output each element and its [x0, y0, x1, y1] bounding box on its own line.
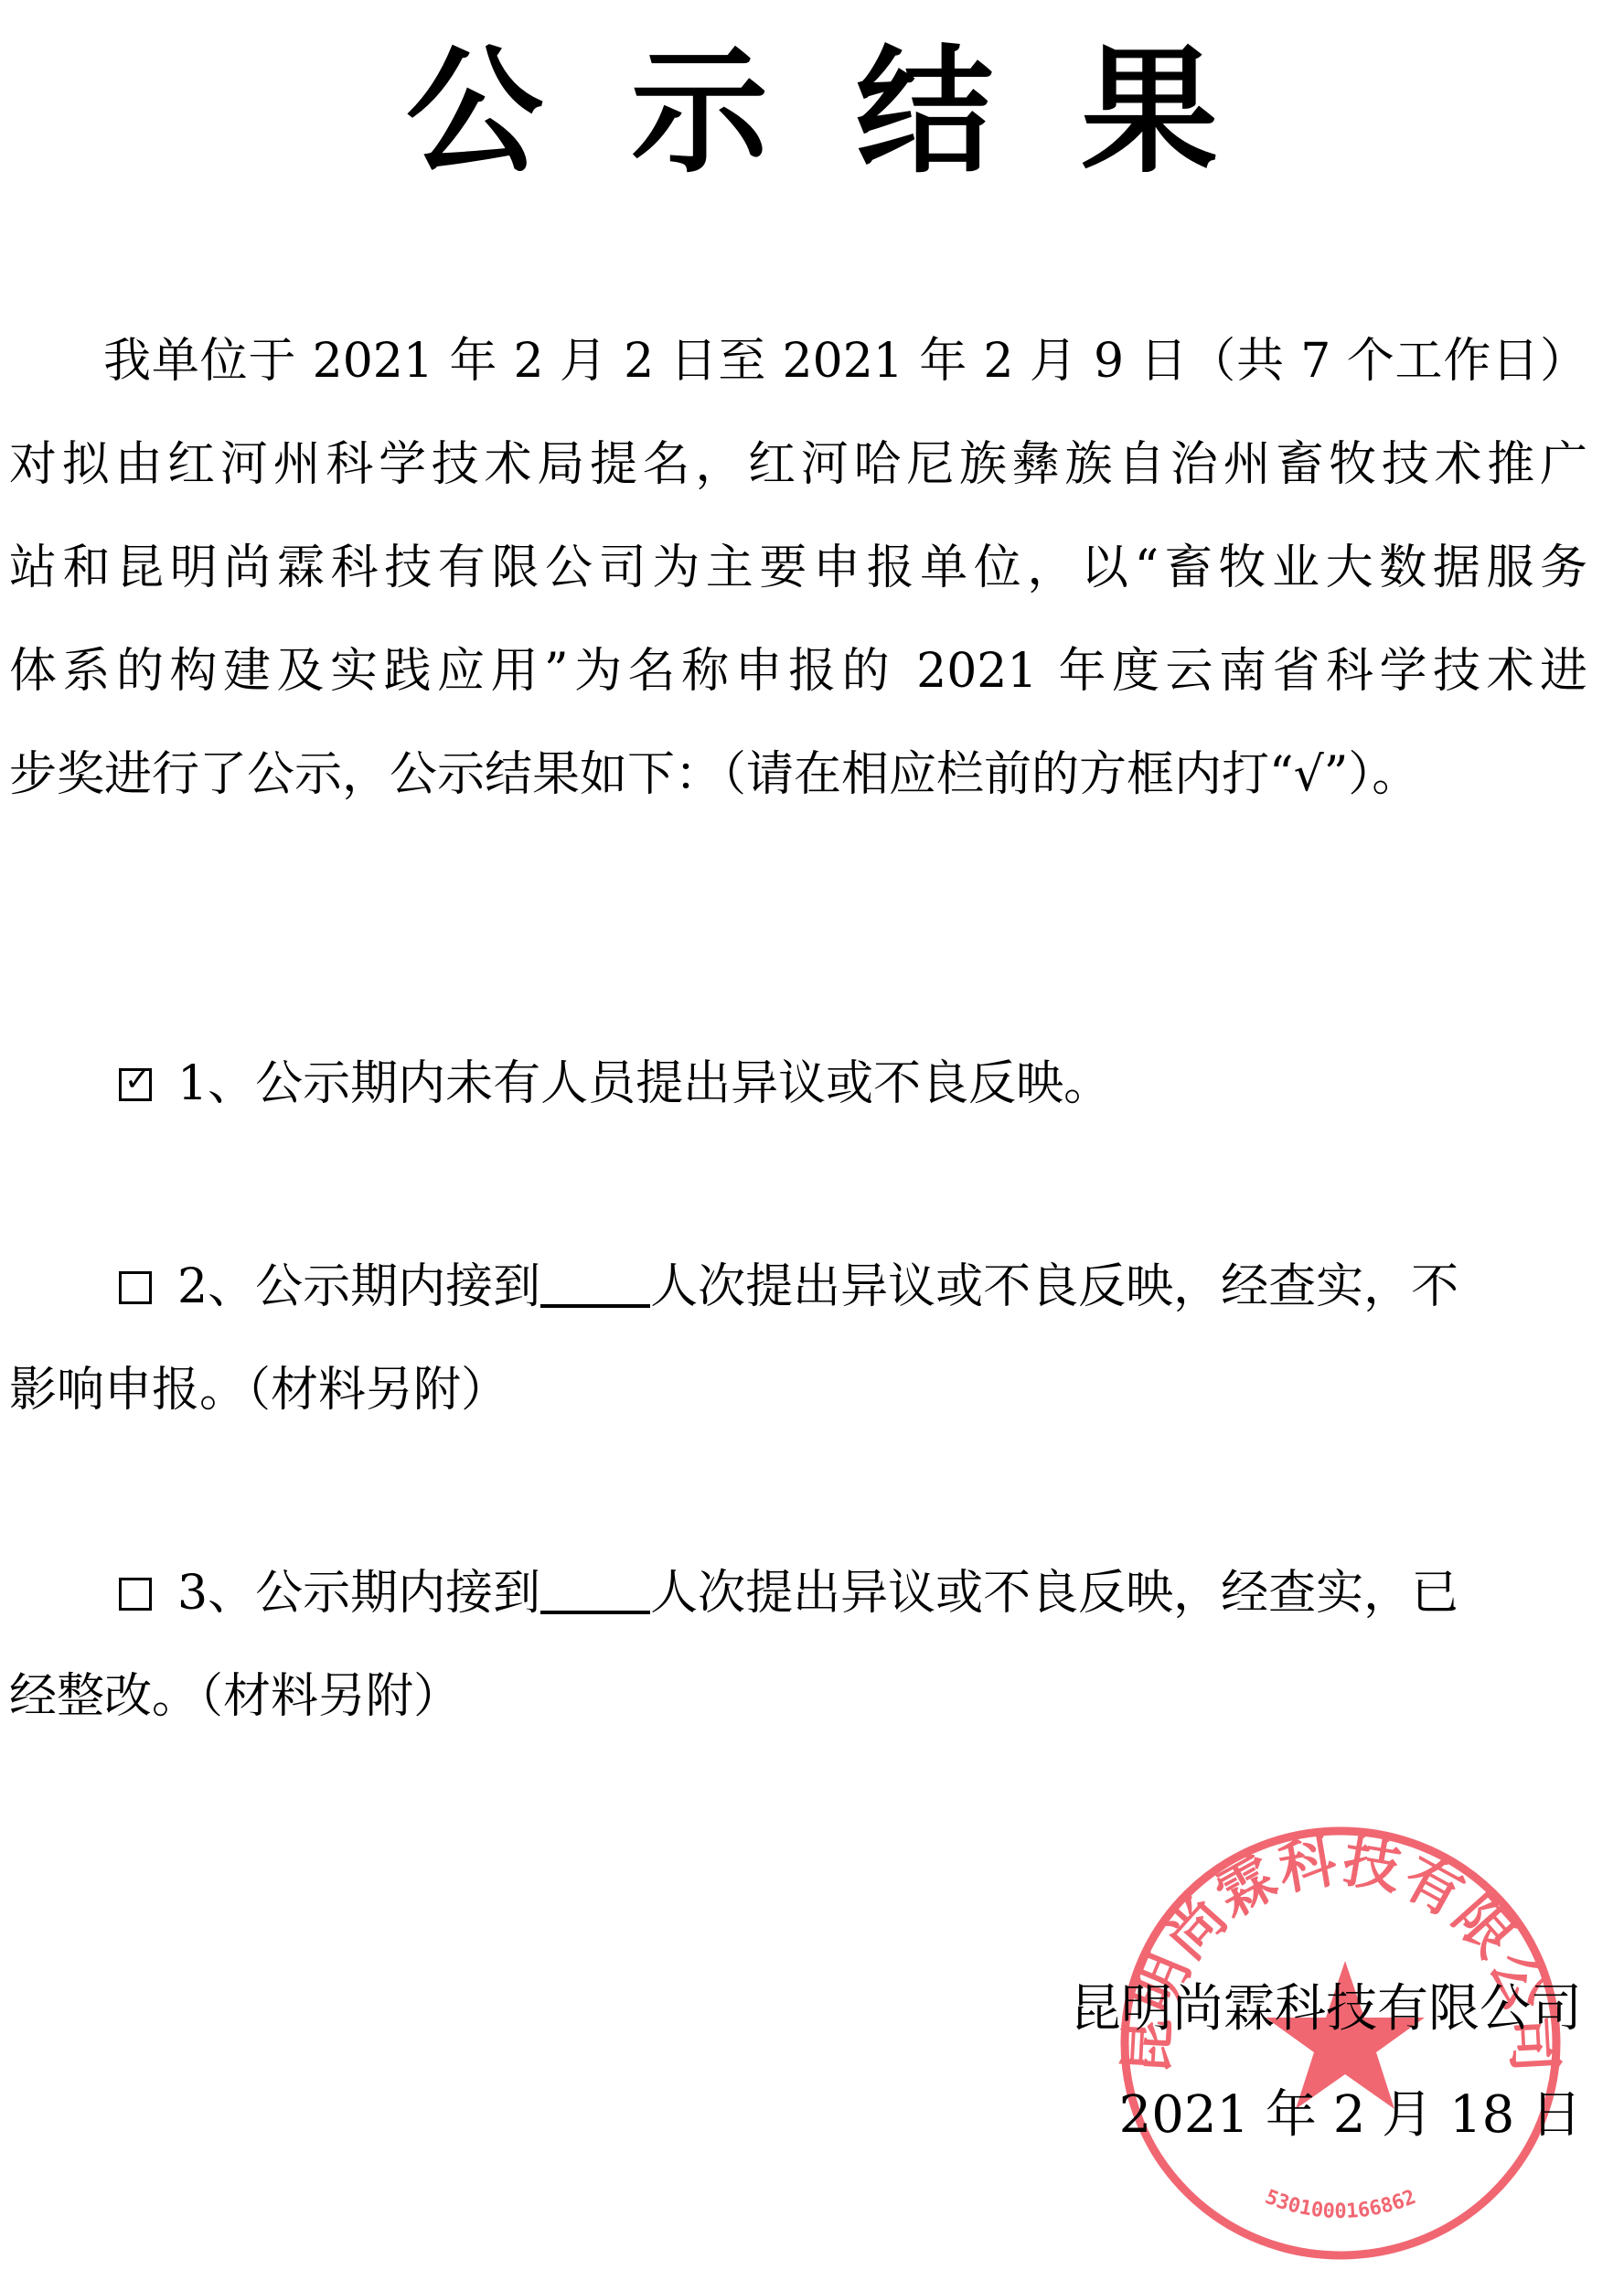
- option-text: 1、公示期内未有人员提出异议或不良反映。: [177, 1056, 1111, 1111]
- option-2-continuation: 影响申报。（材料另附）: [9, 1363, 508, 1418]
- paragraph-line: 步奖进行了公示，公示结果如下：（请在相应栏前的方框内打“√”）。: [9, 747, 1419, 802]
- document-title: 公示结果: [0, 26, 1624, 199]
- option-3: 3、公示期内接到人次提出异议或不良反映，经查实，已: [119, 1566, 1458, 1621]
- option-1: ✓1、公示期内未有人员提出异议或不良反映。: [119, 1056, 1111, 1111]
- count-blank-field[interactable]: [540, 1570, 650, 1614]
- option-text: 3、公示期内接到: [177, 1566, 540, 1621]
- paragraph-line: 对拟由红河州科学技术局提名，红河哈尼族彝族自治州畜牧技术推广: [9, 437, 1587, 492]
- option-3-continuation: 经整改。（材料另附）: [9, 1669, 461, 1724]
- option-text: 2、公示期内接到: [177, 1259, 540, 1314]
- seal-code: 5301000166862: [1262, 2186, 1419, 2223]
- signature-organization: 昆明尚霖科技有限公司: [1070, 1982, 1582, 2037]
- checkbox-unchecked[interactable]: [119, 1578, 152, 1611]
- checkbox-unchecked[interactable]: [119, 1271, 152, 1304]
- count-blank-field[interactable]: [540, 1264, 650, 1308]
- signature-date: 2021 年 2 月 18 日: [1119, 2088, 1582, 2143]
- check-mark-icon: ✓: [124, 1062, 151, 1098]
- svg-text:5301000166862: 5301000166862: [1262, 2186, 1419, 2223]
- option-text: 人次提出异议或不良反映，经查实，不: [650, 1259, 1458, 1314]
- paragraph-line: 体系的构建及实践应用”为名称申报的 2021 年度云南省科学技术进: [9, 644, 1587, 699]
- paragraph-line: 站和昆明尚霖科技有限公司为主要申报单位，以“畜牧业大数据服务: [9, 541, 1587, 595]
- company-seal-stamp: 昆明尚霖科技有限公司 5301000166862: [1117, 1824, 1564, 2263]
- document-page: 公示结果 我单位于 2021 年 2 月 2 日至 2021 年 2 月 9 日…: [0, 0, 1624, 2270]
- option-2: 2、公示期内接到人次提出异议或不良反映，经查实，不: [119, 1259, 1458, 1314]
- checkbox-checked[interactable]: ✓: [119, 1068, 152, 1101]
- option-text: 人次提出异议或不良反映，经查实，已: [650, 1566, 1458, 1621]
- paragraph-line: 我单位于 2021 年 2 月 2 日至 2021 年 2 月 9 日（共 7 …: [103, 334, 1587, 389]
